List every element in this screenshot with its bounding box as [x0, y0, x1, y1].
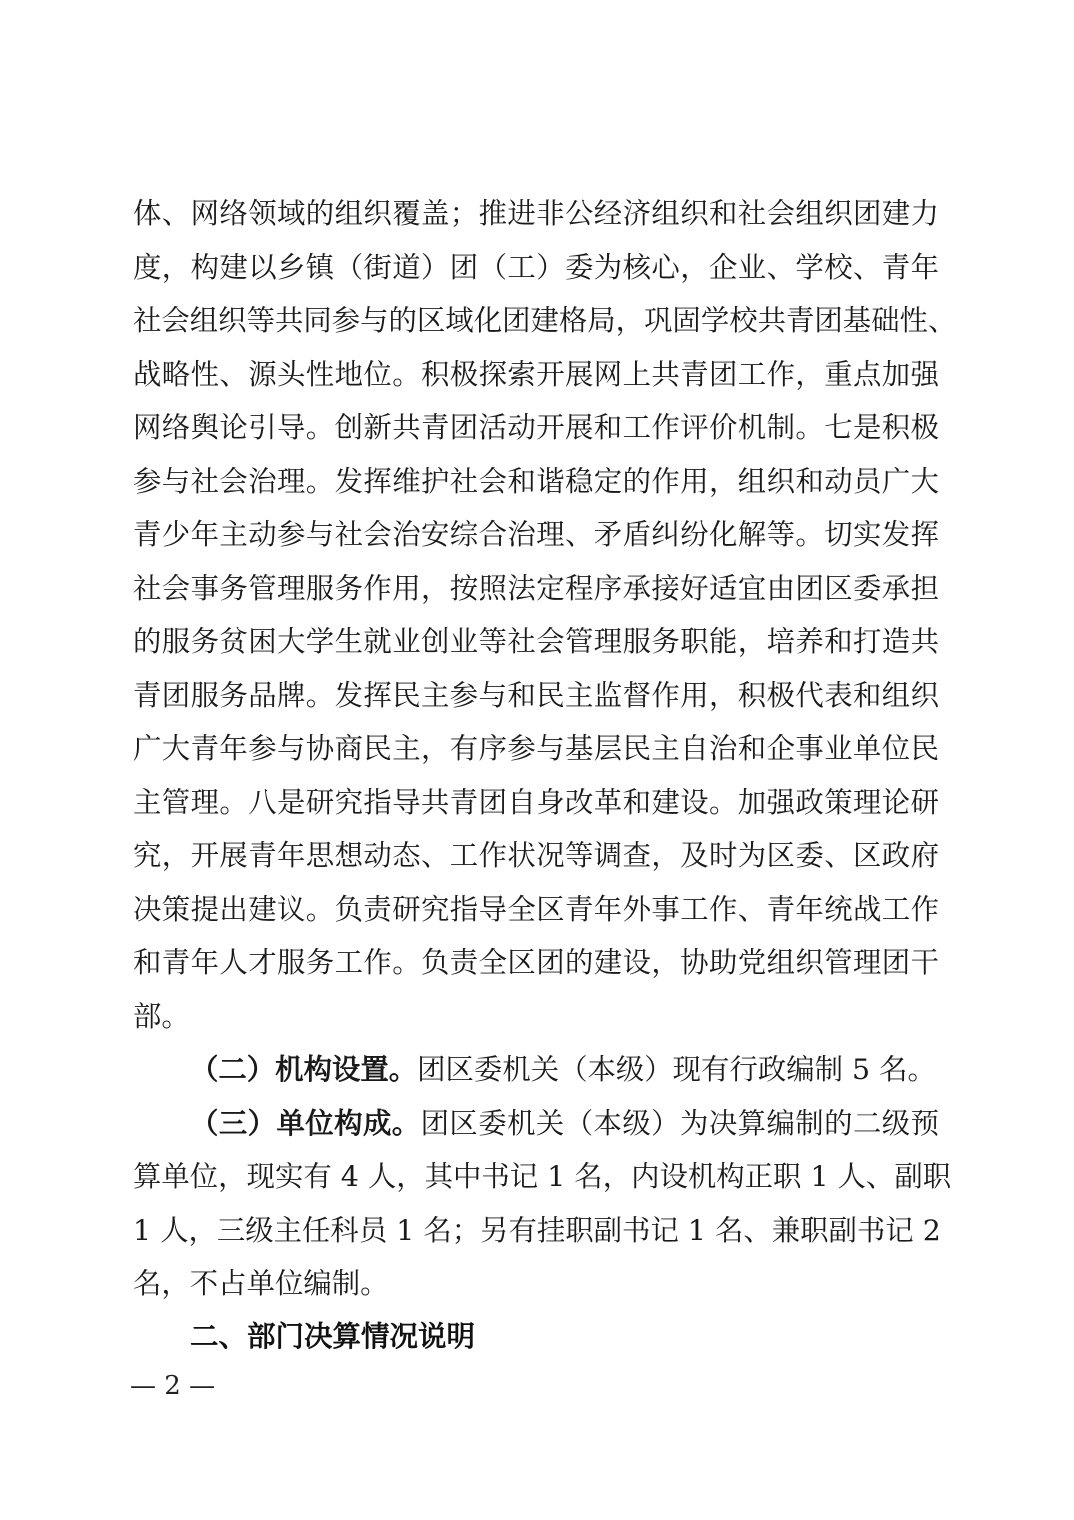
body-text: 体、网络领域的组织覆盖；推进非公经济组织和社会组织团建力 度，构建以乡镇（街道）… [133, 187, 939, 1311]
text-line: 网络舆论引导。创新共青团活动开展和工作评价机制。七是积极 [133, 401, 939, 455]
text-line: 的服务贫困大学生就业创业等社会管理服务职能，培养和打造共 [133, 615, 939, 669]
text-line: 算单位，现实有 4 人，其中书记 1 名，内设机构正职 1 人、副职 [133, 1150, 939, 1204]
section-institution-setup: （二）机构设置。团区委机关（本级）现有行政编制 5 名。 [133, 1043, 939, 1097]
sub-heading-institution-setup: （二）机构设置。 [190, 1052, 417, 1086]
text-line: 部。 [133, 990, 939, 1044]
text-line: 主管理。八是研究指导共青团自身改革和建设。加强政策理论研 [133, 776, 939, 830]
text-line: 度，构建以乡镇（街道）团（工）委为核心，企业、学校、青年 [133, 241, 939, 295]
document-page: 体、网络领域的组织覆盖；推进非公经济组织和社会组织团建力 度，构建以乡镇（街道）… [0, 0, 1074, 1520]
section-body: 团区委机关（本级）为决算编制的二级预 [421, 1107, 939, 1140]
text-line: 决策提出建议。负责研究指导全区青年外事工作、青年统战工作 [133, 883, 939, 937]
text-line: 究，开展青年思想动态、工作状况等调查，及时为区委、区政府 [133, 829, 939, 883]
text-line: 社会组织等共同参与的区域化团建格局，巩固学校共青团基础性、 [133, 294, 939, 348]
text-line: 社会事务管理服务作用，按照法定程序承接好适宜由团区委承担 [133, 562, 939, 616]
text-line: 和青年人才服务工作。负责全区团的建设，协助党组织管理团干 [133, 936, 939, 990]
text-line: 1 人，三级主任科员 1 名；另有挂职副书记 1 名、兼职副书记 2 [133, 1204, 939, 1258]
text-line: 青少年主动参与社会治安综合治理、矛盾纠纷化解等。切实发挥 [133, 508, 939, 562]
text-line: 名，不占单位编制。 [133, 1257, 939, 1311]
text-line: 广大青年参与协商民主，有序参与基层民主自治和企事业单位民 [133, 722, 939, 776]
section-unit-composition: （三）单位构成。团区委机关（本级）为决算编制的二级预 [133, 1097, 939, 1151]
page-number: — 2 — [130, 1368, 215, 1404]
chapter-heading: 二、部门决算情况说明 [190, 1312, 475, 1362]
text-line: 参与社会治理。发挥维护社会和谐稳定的作用，组织和动员广大 [133, 455, 939, 509]
text-line: 战略性、源头性地位。积极探索开展网上共青团工作，重点加强 [133, 348, 939, 402]
text-line: 体、网络领域的组织覆盖；推进非公经济组织和社会组织团建力 [133, 187, 939, 241]
text-line: 青团服务品牌。发挥民主参与和民主监督作用，积极代表和组织 [133, 669, 939, 723]
section-body: 团区委机关（本级）现有行政编制 5 名。 [417, 1053, 936, 1086]
sub-heading-unit-composition: （三）单位构成。 [190, 1106, 421, 1140]
